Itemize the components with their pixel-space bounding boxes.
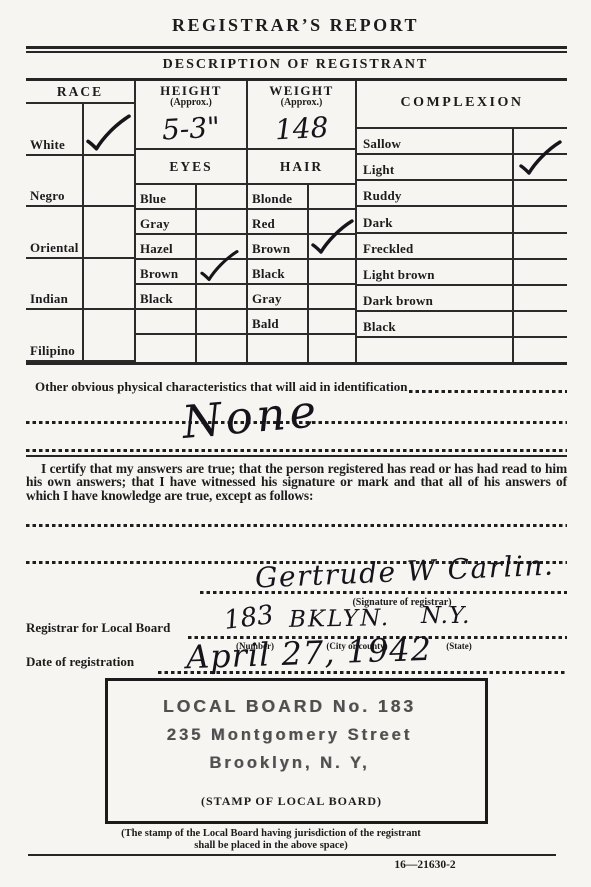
race-column: RACE WhiteNegroOrientalIndianFilipino <box>26 81 134 362</box>
option-row-ruddy: Ruddy <box>357 181 567 207</box>
option-label: Gray <box>136 216 193 235</box>
complexion-column: COMPLEXION SallowLightRuddyDarkFreckledL… <box>355 81 567 362</box>
checked-cell <box>510 173 567 181</box>
check-cell <box>193 302 246 310</box>
option-row-black: Black <box>136 285 246 310</box>
bottom-rule <box>28 854 556 856</box>
option-row-white: White <box>26 104 134 156</box>
check-cell <box>510 199 567 207</box>
height-value-handwriting: 5-3" <box>161 110 221 149</box>
date-of-registration-label: Date of registration <box>26 654 134 670</box>
local-board-number-handwriting: 183 <box>222 600 275 636</box>
checkmark-icon <box>82 112 134 154</box>
registrars-report-document: REGISTRAR’S REPORT DESCRIPTION OF REGIST… <box>0 0 591 887</box>
registrar-signature-handwriting: Gertrude W Carlin. <box>254 548 555 594</box>
option-row-gray: Gray <box>248 285 355 310</box>
check-cell <box>510 252 567 260</box>
stamp-footnote-line1: (The stamp of the Local Board having jur… <box>121 828 421 839</box>
complexion-header: COMPLEXION <box>357 81 567 129</box>
option-label: Sallow <box>357 136 510 155</box>
local-board-city-handwriting: BKLYN. <box>289 605 390 633</box>
page-title: REGISTRAR’S REPORT <box>0 15 591 36</box>
option-label: Oriental <box>26 240 82 259</box>
stamp-street-address: 235 Montgomery Street <box>108 726 471 745</box>
height-value-cell: 5-3" <box>136 111 246 150</box>
option-label: Filipino <box>26 343 82 362</box>
option-label: Gray <box>248 291 305 310</box>
check-cell <box>82 251 134 259</box>
check-cell <box>510 304 567 312</box>
option-label: Light brown <box>357 267 510 286</box>
option-label: Red <box>248 216 305 235</box>
option-row-black: Black <box>248 260 355 285</box>
option-row-gray: Gray <box>136 210 246 235</box>
checked-cell <box>305 252 355 260</box>
eyes-header: EYES <box>136 150 246 185</box>
weight-header-label: WEIGHT <box>248 84 355 97</box>
check-cell <box>193 327 246 335</box>
option-row-freckled: Freckled <box>357 234 567 260</box>
option-row-oriental: Oriental <box>26 207 134 259</box>
option-label: Black <box>357 319 510 338</box>
option-label: Indian <box>26 291 82 310</box>
date-of-registration-handwriting: April 27, 1942 <box>185 630 432 677</box>
option-label: Brown <box>136 266 193 285</box>
checkmark-icon <box>196 248 242 284</box>
height-approx-label: (Approx.) <box>136 97 246 108</box>
option-row-filipino: Filipino <box>26 310 134 362</box>
local-board-stamp-box: LOCAL BOARD No. 183 235 Montgomery Stree… <box>105 678 488 824</box>
separator-line <box>26 455 567 457</box>
check-cell <box>193 202 246 210</box>
description-table: RACE WhiteNegroOrientalIndianFilipino HE… <box>26 78 567 365</box>
dotted-line <box>26 524 567 527</box>
weight-value-cell: 148 <box>248 111 355 150</box>
option-row-negro: Negro <box>26 156 134 208</box>
option-row-dark-brown: Dark brown <box>357 286 567 312</box>
height-header-label: HEIGHT <box>136 84 246 97</box>
checked-cell <box>193 277 246 285</box>
option-label: White <box>26 137 82 156</box>
option-row-blank <box>136 310 246 335</box>
option-label: Ruddy <box>357 188 510 207</box>
eyes-options: BlueGrayHazelBrownBlack <box>136 185 246 362</box>
option-label: Bald <box>248 316 305 335</box>
option-row-brown: Brown <box>248 235 355 260</box>
option-row-dark: Dark <box>357 207 567 233</box>
option-label: Brown <box>248 241 305 260</box>
checkmark-icon <box>307 217 357 257</box>
stamp-city-state: Brooklyn, N. Y, <box>108 754 471 773</box>
check-cell <box>305 302 355 310</box>
option-row-light: Light <box>357 155 567 181</box>
option-label: Light <box>357 162 510 181</box>
stamp-footnote-line2: shall be placed in the above space) <box>194 840 347 851</box>
option-label: Blue <box>136 191 193 210</box>
option-row-light-brown: Light brown <box>357 260 567 286</box>
option-label: Dark <box>357 215 510 234</box>
option-label: Blonde <box>248 191 305 210</box>
weight-value-handwriting: 148 <box>274 110 329 149</box>
checkmark-icon <box>513 138 567 178</box>
stamp-board-number: LOCAL BOARD No. 183 <box>108 696 471 717</box>
complexion-options: SallowLightRuddyDarkFreckledLight brownD… <box>357 129 567 362</box>
title-divider-thin <box>26 51 567 53</box>
weight-hair-column: WEIGHT (Approx.) 148 HAIR BlondeRedBrown… <box>246 81 355 362</box>
dotted-filler <box>409 390 567 393</box>
form-number: 16—21630-2 <box>360 859 490 871</box>
option-label: Black <box>136 291 193 310</box>
certification-text: I certify that my answers are true; that… <box>26 462 567 502</box>
height-eyes-column: HEIGHT (Approx.) 5-3" EYES BlueGrayHazel… <box>134 81 246 362</box>
race-options: WhiteNegroOrientalIndianFilipino <box>26 104 134 362</box>
check-cell <box>193 227 246 235</box>
check-cell <box>510 330 567 338</box>
stamp-caption: (STAMP OF LOCAL BOARD) <box>108 794 475 809</box>
other-characteristics-handwriting: None <box>180 384 322 449</box>
height-header: HEIGHT (Approx.) <box>136 81 246 111</box>
check-cell <box>305 277 355 285</box>
check-cell <box>82 302 134 310</box>
section-title: DESCRIPTION OF REGISTRANT <box>0 57 591 73</box>
check-cell <box>82 199 134 207</box>
option-label <box>136 332 193 335</box>
check-cell <box>305 202 355 210</box>
local-board-state-handwriting: N.Y. <box>421 603 471 629</box>
option-label: Dark brown <box>357 293 510 312</box>
check-cell <box>510 226 567 234</box>
option-label: Negro <box>26 188 82 207</box>
option-row-blue: Blue <box>136 185 246 210</box>
local-board-label: Registrar for Local Board <box>26 620 170 636</box>
option-row-brown: Brown <box>136 260 246 285</box>
checked-cell <box>82 148 134 156</box>
check-cell <box>305 327 355 335</box>
option-row-black: Black <box>357 312 567 338</box>
hair-check-divider <box>307 185 309 362</box>
weight-header: WEIGHT (Approx.) <box>248 81 355 111</box>
title-divider-thick <box>26 46 567 49</box>
option-label: Hazel <box>136 241 193 260</box>
check-cell <box>82 354 134 362</box>
hair-options: BlondeRedBrownBlackGrayBald <box>248 185 355 362</box>
check-cell <box>510 278 567 286</box>
state-caption: (State) <box>424 641 494 651</box>
option-row-indian: Indian <box>26 259 134 311</box>
option-label: Freckled <box>357 241 510 260</box>
option-row-bald: Bald <box>248 310 355 335</box>
stamp-footnote: (The stamp of the Local Board having jur… <box>26 828 516 851</box>
race-header: RACE <box>26 81 134 104</box>
hair-header: HAIR <box>248 150 355 185</box>
option-row-blonde: Blonde <box>248 185 355 210</box>
option-label: Black <box>248 266 305 285</box>
weight-approx-label: (Approx.) <box>248 97 355 108</box>
dotted-line <box>26 449 567 452</box>
